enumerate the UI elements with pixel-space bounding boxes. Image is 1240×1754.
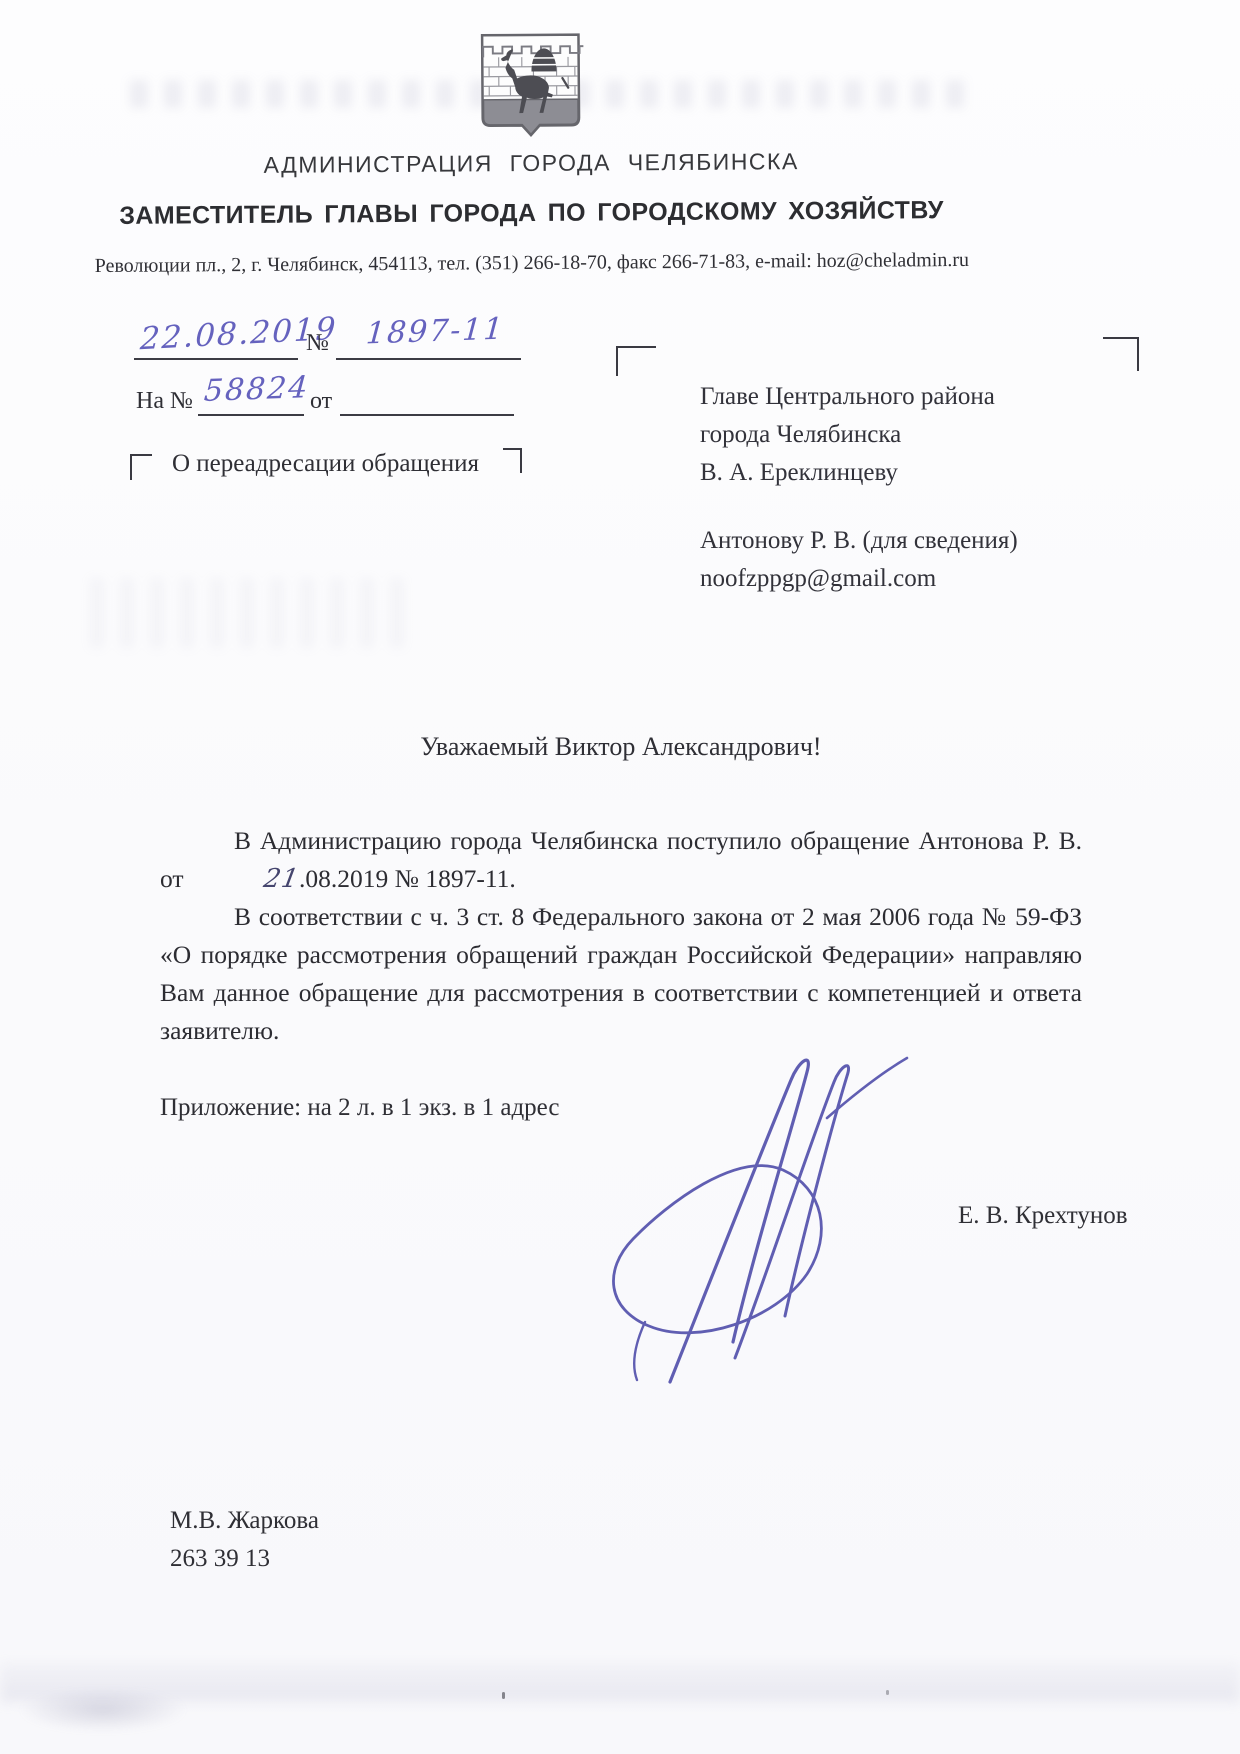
- address-zone-corner-top-left: [616, 346, 656, 376]
- recipient-line: города Челябинска: [700, 416, 1018, 454]
- letterhead: АДМИНИСТРАЦИЯ ГОРОДА ЧЕЛЯБИНСКА ЗАМЕСТИТ…: [0, 0, 1063, 279]
- body-paragraph-1: В Администрацию города Челябинска поступ…: [160, 822, 1082, 898]
- contact-info-line: Революции пл., 2, г. Челябинск, 454113, …: [1, 248, 1063, 278]
- copy-recipient-email: noofzppgp@gmail.com: [700, 560, 1018, 598]
- scan-artifact-bottom-band: [0, 1662, 1240, 1702]
- recipient-line: Главе Центрального района: [700, 378, 1018, 416]
- executor-name: М.В. Жаркова: [170, 1502, 319, 1540]
- executor-phone: 263 39 13: [170, 1540, 319, 1578]
- reply-to-label: На №: [136, 388, 193, 415]
- scan-speck: [886, 1690, 889, 1695]
- executor-block: М.В. Жаркова 263 39 13: [170, 1502, 319, 1578]
- scan-speck: [502, 1692, 505, 1699]
- chelyabinsk-coat-of-arms-icon: [477, 30, 584, 143]
- handwritten-signature-icon: [575, 1022, 925, 1402]
- recipient-line: В. А. Ереклинцеву: [700, 454, 1018, 492]
- attachment-note: Приложение: на 2 л. в 1 экз. в 1 адрес: [160, 1094, 560, 1122]
- letter-page: АДМИНИСТРАЦИЯ ГОРОДА ЧЕЛЯБИНСКА ЗАМЕСТИТ…: [0, 0, 1240, 1754]
- recipient-block: Главе Центрального района города Челябин…: [700, 378, 1018, 598]
- signer-name: Е. В. Крехтунов: [958, 1202, 1128, 1230]
- body-p1-text-tail: .08.2019 № 1897-11.: [299, 864, 516, 893]
- address-zone-corner-top-right: [1103, 337, 1139, 371]
- handwritten-day-correction: 21: [187, 860, 303, 898]
- scan-artifact-mid-band: [90, 578, 410, 648]
- handwritten-incoming-number: 58824: [203, 370, 311, 409]
- copy-recipient-block: Антонову Р. В. (для сведения) noofzppgp@…: [700, 522, 1018, 598]
- copy-recipient-line: Антонову Р. В. (для сведения): [700, 522, 1018, 560]
- handwritten-outgoing-number: 1897-11: [365, 312, 506, 352]
- subject-line: О переадресации обращения: [172, 450, 479, 478]
- greeting-line: Уважаемый Виктор Александрович!: [160, 732, 1082, 762]
- body-paragraph-2: В соответствии с ч. 3 ст. 8 Федерального…: [160, 898, 1082, 1050]
- from-label: от: [310, 388, 332, 415]
- department-name: ЗАМЕСТИТЕЛЬ ГЛАВЫ ГОРОДА ПО ГОРОДСКОМУ Х…: [0, 195, 1062, 231]
- incoming-date-underline: [340, 384, 514, 416]
- organization-name: АДМИНИСТРАЦИЯ ГОРОДА ЧЕЛЯБИНСКА: [0, 146, 1062, 180]
- number-sign-label: №: [306, 330, 329, 357]
- subject-zone-corner-right: [503, 448, 522, 473]
- subject-zone-corner-left: [130, 454, 152, 480]
- scan-artifact-blotch: [18, 1688, 188, 1732]
- letter-body: В Администрацию города Челябинска поступ…: [160, 822, 1082, 1050]
